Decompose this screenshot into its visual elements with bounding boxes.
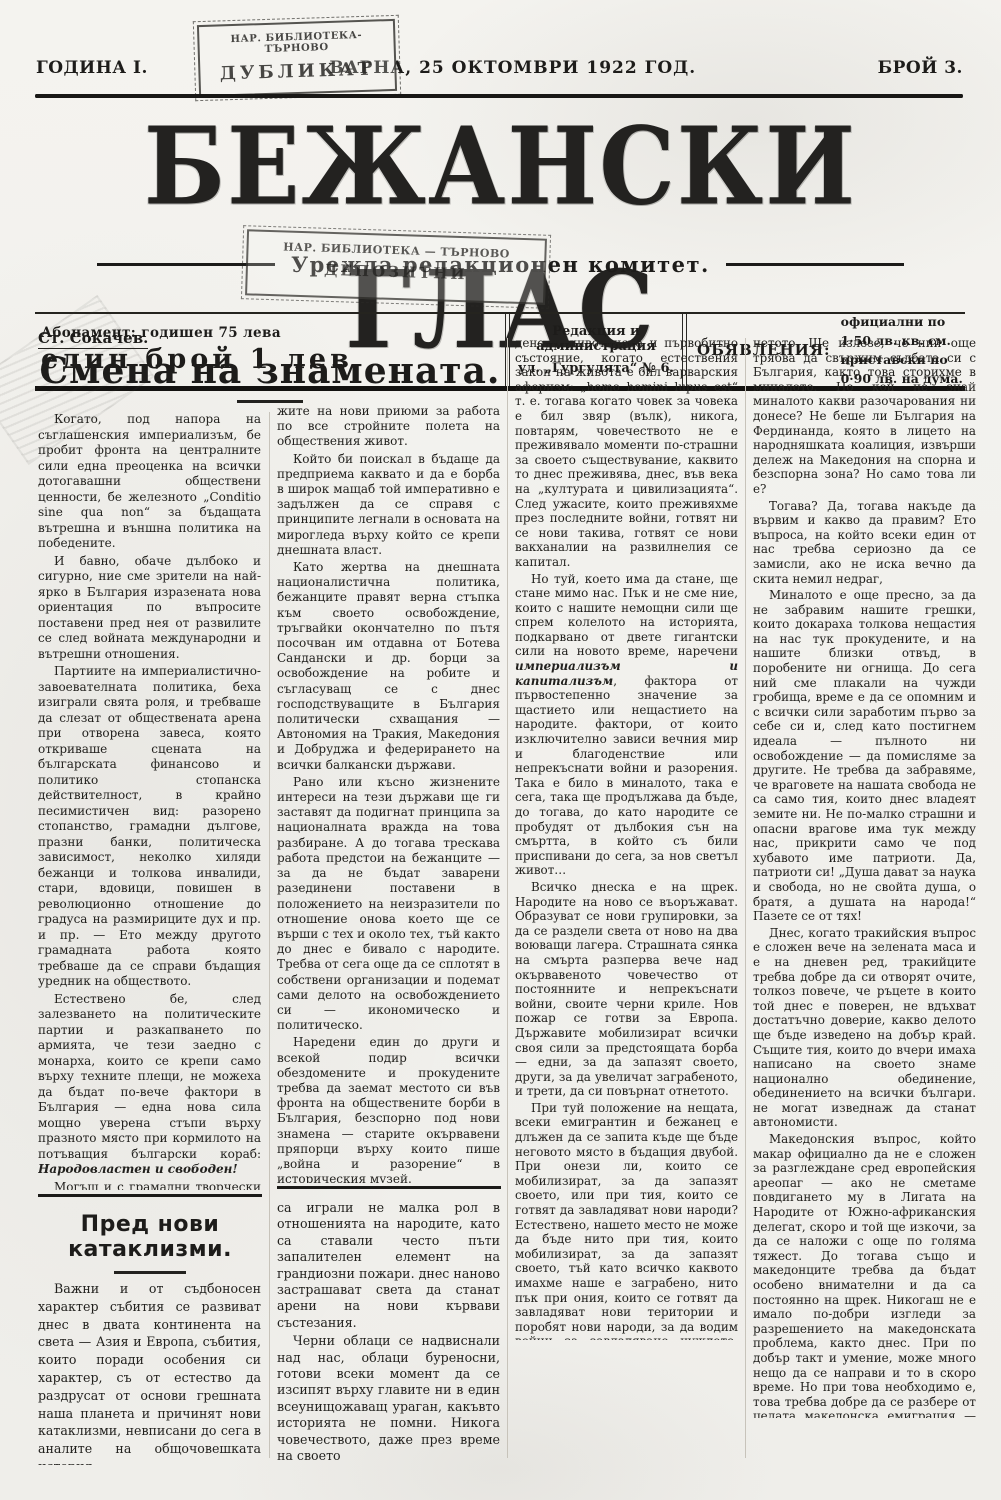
paragraph: Тогава? Да, тогава накъде да вървим и ка… <box>753 499 976 587</box>
article1-title-rule <box>237 400 303 403</box>
volume-label: ГОДИНА I. <box>36 58 148 78</box>
article-separator-rule-col2 <box>277 1186 501 1189</box>
article2-title: Пред нови катаклизми. <box>38 1212 262 1262</box>
library-stamp-deposit: НАР. БИБЛИОТЕКА — ТЪРНОВО ДЕПОЗИТНИ <box>245 229 547 304</box>
paragraph: Миналото е още пресно, за да не забравим… <box>753 588 976 924</box>
stamp-deposit-label: ДЕПОЗИТНИ <box>258 259 534 286</box>
paragraph: нетото. Ще излезе, че ний още трябва да … <box>753 336 976 497</box>
paragraph: Важни и от съдбоносен характер събития с… <box>38 1280 261 1465</box>
article2-headline-block: Пред нови катаклизми. <box>38 1212 262 1274</box>
article1-title: Смена на знамената. <box>38 349 502 393</box>
paragraph: Македонския въпрос, който макар официалн… <box>753 1132 976 1418</box>
stamp-library-name: НАР. БИБЛИОТЕКА-ТЪРНОВО <box>209 29 384 56</box>
paragraph: Могъщ и с грамадни творчески способности… <box>38 1180 261 1191</box>
issue-label: БРОЙ 3. <box>878 58 963 78</box>
paragraph: Наредени един до други и всекой подир вс… <box>277 1035 500 1183</box>
column-rule-2 <box>507 338 508 1458</box>
article2-title-rule <box>114 1271 186 1274</box>
stamp-duplicate-label: ДУБЛИКАТ <box>210 58 385 84</box>
header-meta-row: ГОДИНА I. ВАРНА, 25 ОКТОМВРИ 1922 ГОД. Б… <box>36 58 963 78</box>
paragraph: Рано или късно жизнените интереси на тез… <box>277 775 500 1033</box>
newspaper-page: ГОДИНА I. ВАРНА, 25 ОКТОМВРИ 1922 ГОД. Б… <box>0 0 1001 1500</box>
article2-column-2: са играли не малка рол в отношенията на … <box>277 1200 500 1462</box>
paragraph: Днес, когато тракийския въпрос е сложен … <box>753 926 976 1130</box>
column-rule-1 <box>269 412 270 1458</box>
paragraph: Когато, под напора на съглашенския импер… <box>38 412 261 552</box>
paragraph: Черни облаци се надвиснали над нас, обла… <box>277 1333 500 1462</box>
article2-column-3: дено и животинско и първобитно състояние… <box>515 336 738 1340</box>
article2-column-4: нетото. Ще излезе, че ний още трябва да … <box>753 336 976 1418</box>
paragraph: Естествено бе, след залезването на полит… <box>38 992 261 1178</box>
article1-byline: Ст. Сокачев. <box>38 329 148 349</box>
paragraph: Партиите на империалистично-завоевателна… <box>38 664 261 990</box>
paragraph: Като жертва на днешната националистична … <box>277 560 500 773</box>
paragraph: Всичко днеска е на щрек. Народите на нов… <box>515 880 738 1099</box>
paragraph: Който би поискал в бъдаще да предприема … <box>277 452 500 558</box>
library-stamp-duplicate: НАР. БИБЛИОТЕКА-ТЪРНОВО ДУБЛИКАТ <box>197 19 397 97</box>
paragraph: Но туй, което има да стане, ще стане мим… <box>515 572 738 878</box>
column-rule-3 <box>745 338 746 1458</box>
article1-headline-block: Ст. Сокачев. Смена на знамената. <box>38 328 502 403</box>
article2-column-1: Важни и от съдбоносен характер събития с… <box>38 1280 261 1465</box>
stamp-library-name-2: НАР. БИБЛИОТЕКА — ТЪРНОВО <box>258 240 534 262</box>
article1-column-2: жите на нови приюми за работа по все стр… <box>277 404 500 1183</box>
paragraph: дено и животинско и първобитно състояние… <box>515 336 738 570</box>
committee-rule-right <box>726 263 904 266</box>
article1-column-1: Когато, под напора на съглашенския импер… <box>38 412 261 1190</box>
article-separator-rule-col1 <box>38 1194 262 1197</box>
paragraph: са играли не малка рол в отношенията на … <box>277 1200 500 1331</box>
paragraph: При туй положение на нещата, всеки емигр… <box>515 1101 738 1340</box>
emphasis: Народовластен и свободен! <box>38 1162 238 1176</box>
paragraph: жите на нови приюми за работа по все стр… <box>277 404 500 450</box>
paragraph: И бавно, обаче дълбоко и сигурно, ние см… <box>38 554 261 663</box>
